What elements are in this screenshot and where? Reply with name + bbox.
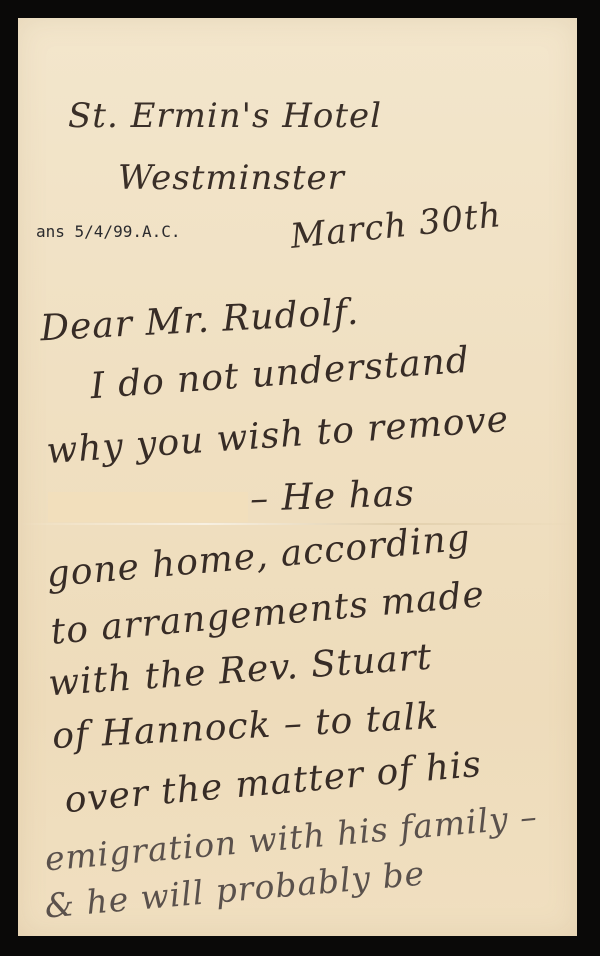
typed-answer-note: ans 5/4/99.A.C. bbox=[36, 222, 181, 241]
body-line-1: I do not understand bbox=[89, 340, 471, 407]
letter-date: March 30th bbox=[288, 195, 503, 257]
redacted-name-box bbox=[48, 492, 248, 522]
letter-paper: St. Ermin's Hotel Westminster ans 5/4/99… bbox=[18, 18, 577, 936]
salutation: Dear Mr. Rudolf. bbox=[39, 292, 360, 350]
body-line-2: why you wish to remove bbox=[45, 399, 510, 472]
body-line-7: of Hannock – to talk bbox=[51, 696, 440, 757]
letterhead-hotel-name: St. Ermin's Hotel bbox=[68, 96, 382, 136]
body-line-3: – He has bbox=[249, 473, 415, 520]
letterhead-location: Westminster bbox=[118, 158, 345, 198]
fold-crease bbox=[18, 523, 577, 525]
